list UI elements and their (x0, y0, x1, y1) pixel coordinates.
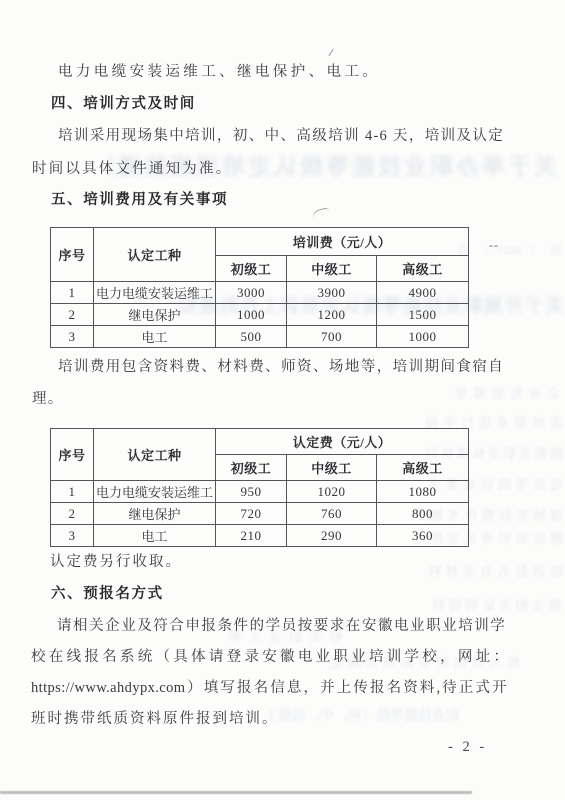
section-4-paragraph-line: 培训采用现场集中培训，初、中、高级培训 4-6 天，培训及认定 (58, 126, 504, 146)
column-header-seq: 序号 (51, 429, 94, 481)
fee-value: 290 (287, 525, 377, 547)
fee-value: 700 (287, 326, 377, 348)
column-header-trade: 认定工种 (94, 228, 216, 282)
table-row: 1 电力电缆安装运维工 950 1020 1080 (51, 481, 469, 503)
row-trade: 电力电缆安装运维工 (94, 282, 216, 304)
row-seq: 1 (51, 282, 94, 304)
pen-mark (328, 49, 333, 56)
column-header-level-intermediate: 中级工 (287, 256, 377, 282)
column-header-trade: 认定工种 (94, 429, 216, 481)
fee-value: 760 (287, 503, 377, 525)
fee-value: 3000 (216, 282, 287, 304)
row-seq: 2 (51, 503, 94, 525)
column-header-seq: 序号 (51, 228, 94, 282)
section-4-paragraph-line: 时间以具体文件通知为准。 (32, 159, 232, 179)
intro-line: 电力电缆安装运维工、继电保护、电工。 (58, 62, 380, 82)
table-row: 1 电力电缆安装运维工 3000 3900 4900 (51, 282, 469, 304)
fee-value: 1000 (216, 304, 287, 326)
fee-value: 4900 (377, 282, 469, 304)
row-seq: 3 (51, 525, 94, 547)
column-header-level-junior: 初级工 (216, 455, 287, 481)
fee-value: 210 (216, 525, 287, 547)
row-seq: 1 (51, 481, 94, 503)
bleed-through-text: 培〔2023〕号 (458, 241, 562, 258)
fee-value: 3900 (287, 282, 377, 304)
bleed-through-text: 企业发展需要 (455, 383, 560, 402)
bleed-through-text: 职业技能等级（初、中、高级工） (270, 705, 460, 725)
row-seq: 3 (51, 326, 94, 348)
fee-value: 720 (216, 503, 287, 525)
fee-note-line: 理。 (32, 389, 63, 409)
section-6-heading: 六、预报名方式 (51, 584, 164, 604)
fee-value: 1500 (377, 304, 469, 326)
section-6-paragraph-line: 校在线报名系统（具体请登录安徽电业职业培训学校，网址： (31, 647, 509, 667)
table-row: 3 电工 500 700 1000 (51, 326, 469, 348)
fee-value: 800 (377, 503, 469, 525)
row-trade: 继电保护 (94, 503, 216, 525)
fee-value: 500 (216, 326, 287, 348)
fee-value: 950 (216, 481, 287, 503)
bleed-through-text: 提交相关证明资料 (432, 595, 562, 614)
row-trade: 电工 (94, 525, 216, 547)
fee-value: 360 (377, 525, 469, 547)
fee-value: 1000 (377, 326, 469, 348)
page-number: - 2 - (448, 737, 487, 757)
fee-value: 1200 (287, 304, 377, 326)
section-6-paragraph-line: 班时携带纸质资料原件报到培训。 (31, 709, 279, 729)
table-row: 3 电工 210 290 360 (51, 525, 469, 547)
column-header-level-senior: 高级工 (377, 455, 469, 481)
row-trade: 电工 (94, 326, 216, 348)
column-header-level-senior: 高级工 (377, 256, 469, 282)
row-seq: 2 (51, 304, 94, 326)
fee-value: 1080 (377, 481, 469, 503)
section-4-heading: 四、培训方式及时间 (51, 94, 196, 114)
row-trade: 继电保护 (94, 304, 216, 326)
pen-mark (311, 207, 330, 219)
row-trade: 电力电缆安装运维工 (94, 481, 216, 503)
section-6-paragraph-line: 请相关企业及符合申报条件的学员按要求在安徽电业职业培训学 (57, 616, 506, 636)
fee-group-header: 认定费（元/人） (216, 429, 469, 455)
fee-value: 1020 (287, 481, 377, 503)
registration-url-line: https://www.ahdypx.com）填写报名信息，并上传报名资料,待正… (31, 678, 507, 698)
table-row: 2 继电保护 720 760 800 (51, 503, 469, 525)
cert-fee-note: 认定费另行收取。 (50, 552, 182, 572)
bleed-through-text: 培训报名有关材料 (428, 561, 563, 580)
training-fee-table: 序号 认定工种 培训费（元/人） 初级工 中级工 高级工 1 电力电缆安装运维工… (50, 227, 469, 348)
scan-edge-shadow (0, 791, 472, 794)
smudge-mark: -- (489, 238, 499, 253)
fee-note-line: 培训费用包含资料费、材料费、师资、场地等，培训期间食宿自 (58, 357, 504, 377)
column-header-level-intermediate: 中级工 (287, 455, 377, 481)
scanned-document-page: 关于举办职业技能等级认定培训班的通知 关于开展职业技能等级认定培训工作的通知 企… (0, 0, 565, 800)
certification-fee-table: 序号 认定工种 认定费（元/人） 初级工 中级工 高级工 1 电力电缆安装运维工… (50, 428, 469, 547)
column-header-level-junior: 初级工 (216, 256, 287, 282)
table-row: 2 继电保护 1000 1200 1500 (51, 304, 469, 326)
section-5-heading: 五、培训费用及有关事项 (51, 190, 228, 210)
fee-group-header: 培训费（元/人） (216, 228, 469, 256)
